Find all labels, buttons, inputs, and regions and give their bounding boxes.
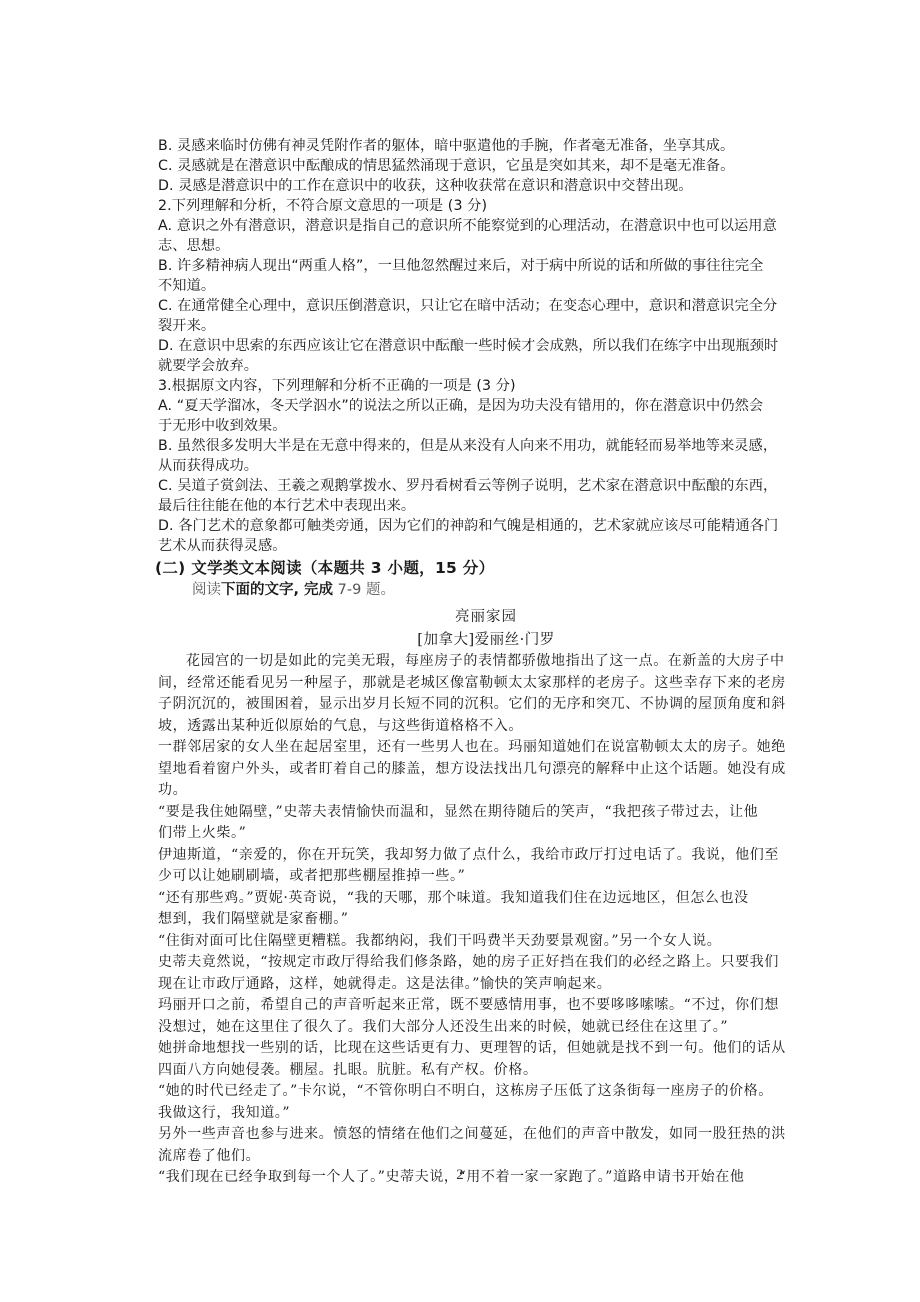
q3-option-b: B. 虽然很多发明大半是在无意中得来的，但是从来没有人向来不用功，就能轻而易举地… <box>158 436 814 456</box>
paragraph-line: “住街对面可比住隔壁更糟糕。我都纳闷，我们干吗费半天劲要景观窗。”另一个女人说。 <box>158 931 814 953</box>
section-heading: (二) 文学类文本阅读（本题共 3 小题，15 分） <box>155 557 814 579</box>
q3-option-a-cont: 于无形中收到效果。 <box>158 416 814 436</box>
q2-option-b-cont: 不知道。 <box>158 276 814 296</box>
paragraph-line: “她的时代已经走了。”卡尔说，“不管你明白不明白，这栋房子压低了这条街每一座房子… <box>158 1081 814 1103</box>
paragraph-line: 花园宫的一切是如此的完美无瑕，每座房子的表情都骄傲地指出了这一点。在新盖的大房子… <box>158 651 814 673</box>
instruction-range: 7-9 题。 <box>333 582 395 598</box>
question-1-options: B. 灵感来临时仿佛有神灵凭附作者的躯体，暗中驱遣他的手腕，作者毫无准备，坐享其… <box>158 136 814 196</box>
paragraph-line: “要是我住她隔壁，”史蒂夫表情愉快而温和，显然在期待随后的笑声，“我把孩子带过去… <box>158 802 814 824</box>
q1-option-b: B. 灵感来临时仿佛有神灵凭附作者的躯体，暗中驱遣他的手腕，作者毫无准备，坐享其… <box>158 136 814 156</box>
story-body: 花园宫的一切是如此的完美无瑕，每座房子的表情都骄傲地指出了这一点。在新盖的大房子… <box>158 651 814 1189</box>
question-2: 2.下列理解和分析，不符合原文意思的一项是 (3 分) A. 意识之外有潜意识，… <box>158 196 814 376</box>
q3-option-c-cont: 最后往往能在他的本行艺术中表现出来。 <box>158 496 814 516</box>
story-author: [加拿大]爱丽丝·门罗 <box>158 629 814 651</box>
exam-page: B. 灵感来临时仿佛有神灵凭附作者的躯体，暗中驱遣他的手腕，作者毫无准备，坐享其… <box>158 136 814 1189</box>
question-3: 3.根据原文内容，下列理解和分析不正确的一项是 (3 分) A. “夏天学溜冰，… <box>158 376 814 556</box>
paragraph-line: 另外一些声音也参与进来。愤怒的情绪在他们之间蔓延，在他们的声音中散发，如同一股狂… <box>158 1124 814 1146</box>
story-title: 亮丽家园 <box>158 605 814 629</box>
paragraph-line: 想到，我们隔壁就是家畜棚。” <box>158 909 814 931</box>
q2-option-a: A. 意识之外有潜意识，潜意识是指自己的意识所不能察觉到的心理活动，在潜意识中也… <box>158 216 814 236</box>
paragraph-line: 间，经常还能看见另一种屋子，那就是老城区像富勒顿太太家那样的老房子。这些幸存下来… <box>158 673 814 695</box>
q2-option-d-cont: 就要学会放弃。 <box>158 356 814 376</box>
paragraph-line: “还有那些鸡。”贾妮·英奇说，“我的天哪，那个味道。我知道我们住在边远地区，但怎… <box>158 888 814 910</box>
paragraph-line: 少可以让她刷刷墙，或者把那些棚屋推掉一些。” <box>158 866 814 888</box>
q3-option-d: D. 各门艺术的意象都可触类旁通，因为它们的神韵和气魄是相通的，艺术家就应该尽可… <box>158 516 814 536</box>
paragraph-line: 四面八方向她侵袭。棚屋。扎眼。肮脏。私有产权。价格。 <box>158 1060 814 1082</box>
page-number: 2 <box>0 1167 920 1184</box>
q3-option-a: A. “夏天学溜冰，冬天学泅水”的说法之所以正确，是因为功夫没有错用的，你在潜意… <box>158 396 814 416</box>
q2-stem: 2.下列理解和分析，不符合原文意思的一项是 (3 分) <box>158 196 814 216</box>
q2-option-a-cont: 志、思想。 <box>158 236 814 256</box>
q2-option-b: B. 许多精神病人现出“两重人格”，一旦他忽然醒过来后，对于病中所说的话和所做的… <box>158 256 814 276</box>
q2-option-c: C. 在通常健全心理中，意识压倒潜意识，只让它在暗中活动；在变态心理中，意识和潜… <box>158 296 814 316</box>
q1-option-c: C. 灵感就是在潜意识中酝酿成的情思猛然涌现于意识，它虽是突如其来，却不是毫无准… <box>158 156 814 176</box>
paragraph-line: 功。 <box>158 780 814 802</box>
instruction-main: 下面的文字, 完成 <box>221 582 333 598</box>
q3-option-b-cont: 从而获得成功。 <box>158 456 814 476</box>
paragraph-line: 坡，透露出某种近似原始的气息，与这些街道格格不入。 <box>158 716 814 738</box>
q3-option-c: C. 吴道子赏剑法、王羲之观鹅掌拨水、罗丹看树看云等例子说明，艺术家在潜意识中酝… <box>158 476 814 496</box>
paragraph-line: 望地看着窗户外头，或者盯着自己的膝盖，想方设法找出几句漂亮的解释中止这个话题。她… <box>158 759 814 781</box>
paragraph-line: 一群邻居家的女人坐在起居室里，还有一些男人也在。玛丽知道她们在说富勒顿太太的房子… <box>158 737 814 759</box>
paragraph-line: 现在让市政厅通路，这样，她就得走。这是法律。”愉快的笑声响起来。 <box>158 974 814 996</box>
paragraph-line: 子阴沉沉的，被围困着，显示出岁月长短不同的沉积。它们的无序和突兀、不协调的屋顶角… <box>158 694 814 716</box>
paragraph-line: 们带上火柴。” <box>158 823 814 845</box>
q3-option-d-cont: 艺术从而获得灵感。 <box>158 536 814 556</box>
paragraph-line: 玛丽开口之前，希望自己的声音听起来正常，既不要感情用事，也不要哆哆嗦嗦。“不过，… <box>158 995 814 1017</box>
instruction-prefix: 阅读 <box>192 582 221 598</box>
q1-option-d: D. 灵感是潜意识中的工作在意识中的收获，这种收获常在意识和潜意识中交替出现。 <box>158 176 814 196</box>
q2-option-d: D. 在意识中思索的东西应该让它在潜意识中酝酿一些时候才会成熟，所以我们在练字中… <box>158 336 814 356</box>
q3-stem: 3.根据原文内容，下列理解和分析不正确的一项是 (3 分) <box>158 376 814 396</box>
reading-instruction: 阅读下面的文字, 完成 7-9 题。 <box>158 579 814 601</box>
paragraph-line: 我做这行，我知道。” <box>158 1103 814 1125</box>
paragraph-line: 没想过，她在这里住了很久了。我们大部分人还没生出来的时候，她就已经住在这里了。” <box>158 1017 814 1039</box>
paragraph-line: 史蒂夫竟然说，“按规定市政厅得给我们修条路，她的房子正好挡在我们的必经之路上。只… <box>158 952 814 974</box>
paragraph-line: 伊迪斯道，“亲爱的，你在开玩笑，我却努力做了点什么，我给市政厅打过电话了。我说，… <box>158 845 814 867</box>
q2-option-c-cont: 裂开来。 <box>158 316 814 336</box>
paragraph-line: 流席卷了他们。 <box>158 1146 814 1168</box>
paragraph-line: 她拼命地想找一些别的话，比现在这些话更有力、更理智的话，但她就是找不到一句。他们… <box>158 1038 814 1060</box>
